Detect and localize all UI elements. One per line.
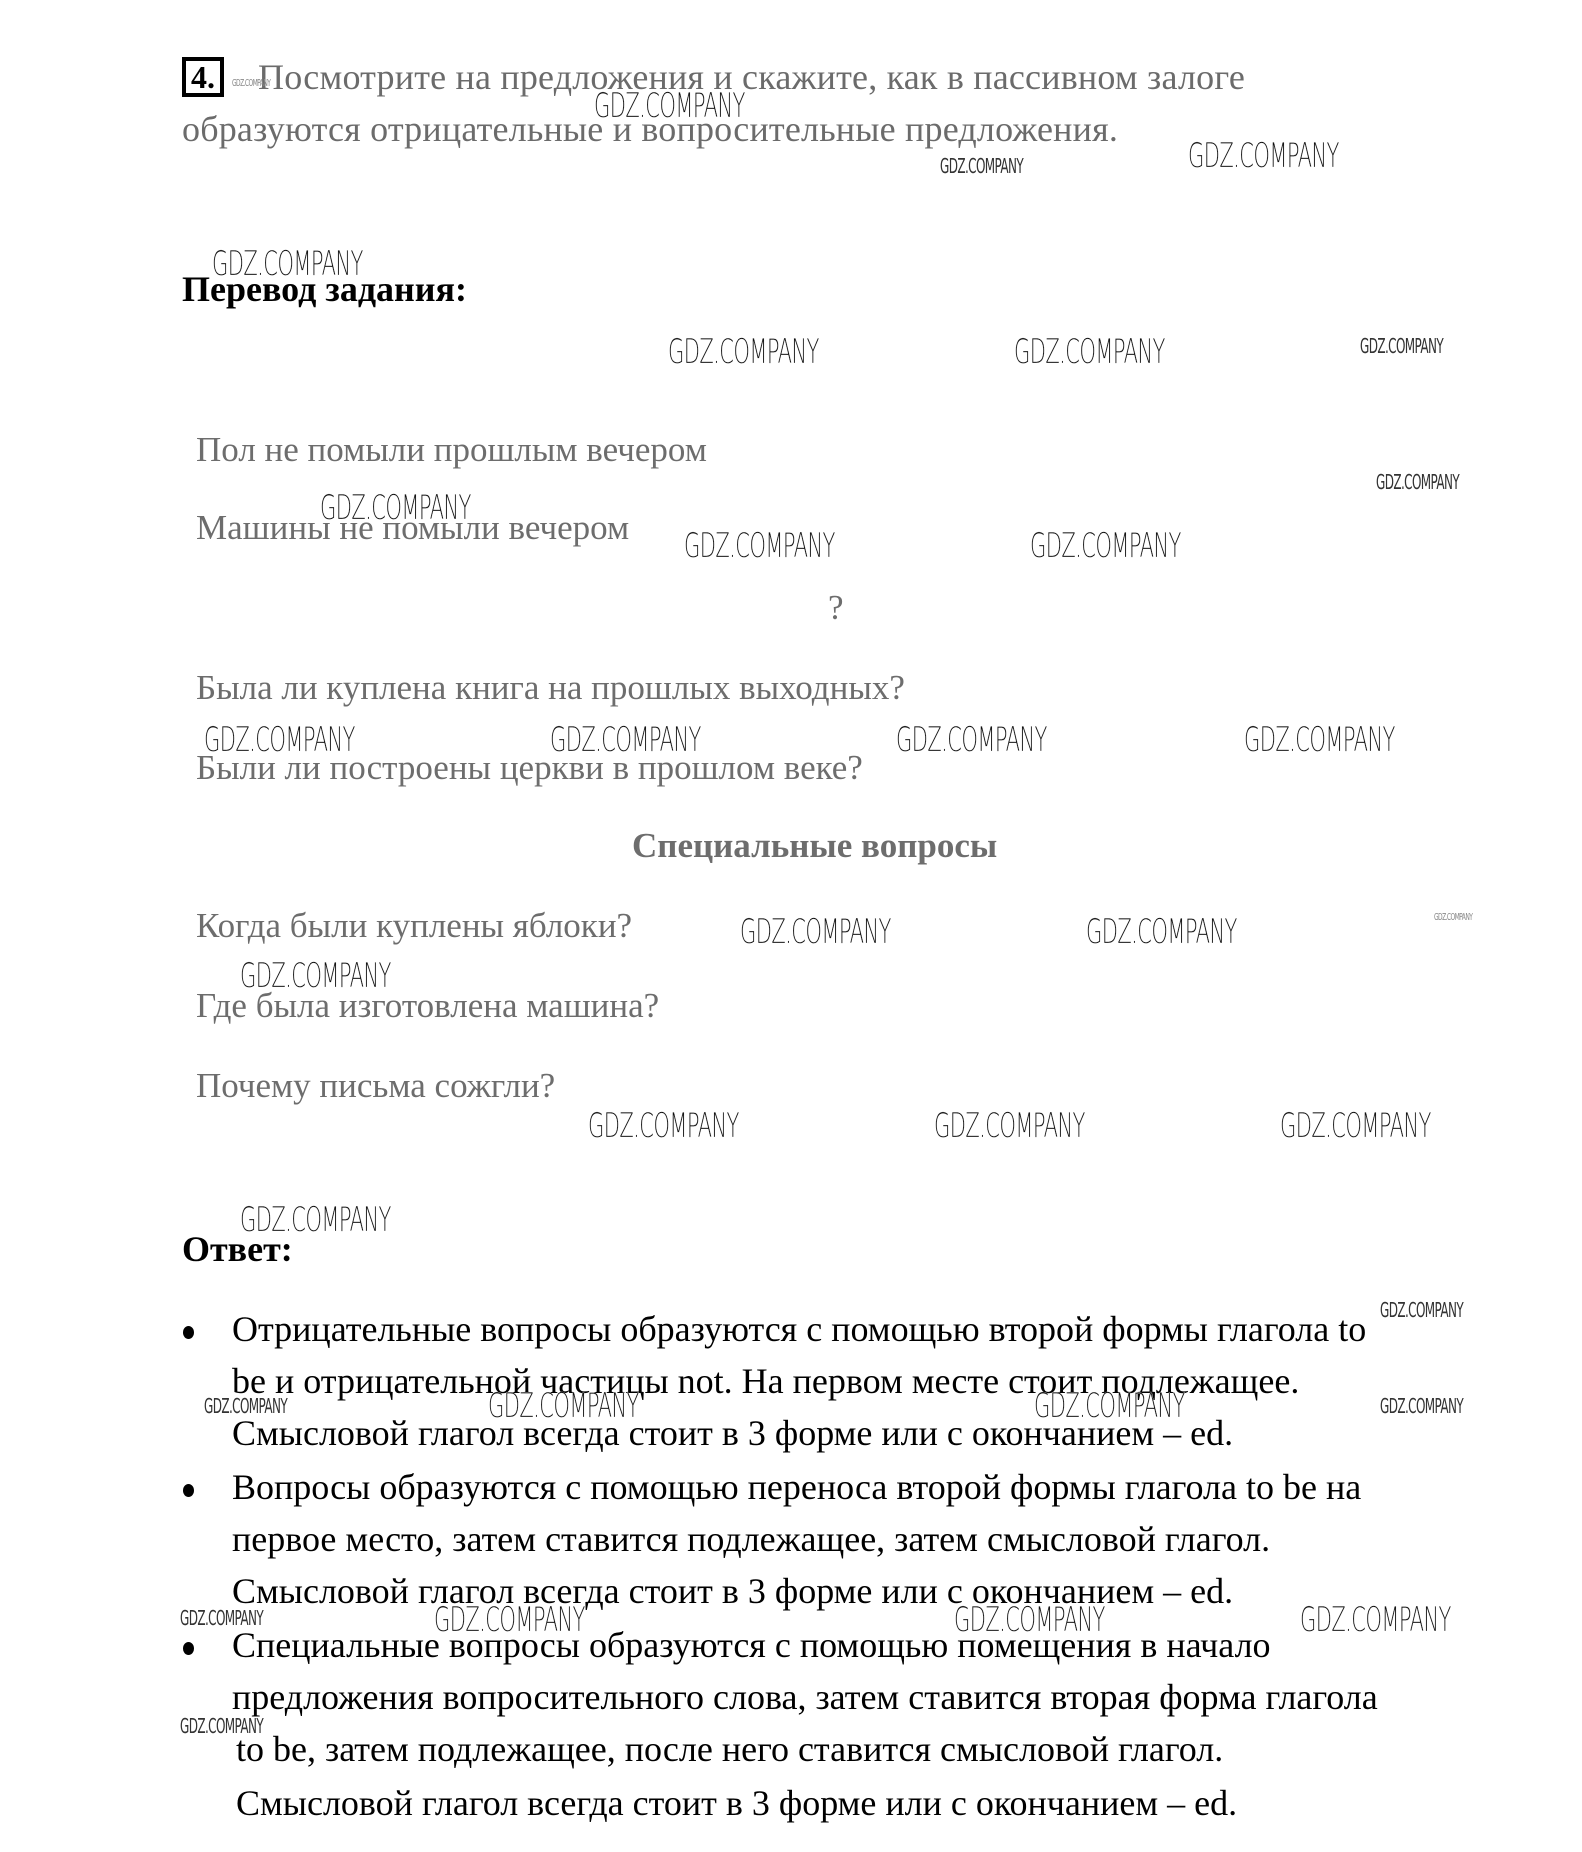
watermark: GDZ.COMPANY	[1360, 334, 1443, 358]
watermark: GDZ.COMPANY	[1188, 136, 1339, 176]
watermark: GDZ.COMPANY	[204, 1394, 287, 1418]
answer-3-line-4: Смысловой глагол всегда стоит в 3 форме …	[236, 1782, 1237, 1824]
exercise-instruction-line1: Посмотрите на предложения и скажите, как…	[258, 56, 1245, 98]
special-question-1: Когда были куплены яблоки?	[196, 906, 632, 946]
watermark: GDZ.COMPANY	[934, 1106, 1085, 1146]
watermark: GDZ.COMPANY	[204, 720, 355, 760]
watermark: GDZ.COMPANY	[434, 1600, 585, 1640]
watermark: GDZ.COMPANY	[684, 526, 835, 566]
bullet-icon	[183, 1326, 194, 1339]
watermark: GDZ.COMPANY	[1014, 332, 1165, 372]
watermark: GDZ.COMPANY	[954, 1600, 1105, 1640]
watermark: GDZ.COMPANY	[1380, 1394, 1463, 1418]
exercise-number: 4.	[182, 57, 224, 97]
special-questions-heading: Специальные вопросы	[632, 826, 997, 866]
answer-3-line-3: to be, затем подлежащее, после него став…	[236, 1728, 1223, 1770]
watermark: GDZ.COMPANY	[240, 1200, 391, 1240]
watermark: GDZ.COMPANY	[180, 1606, 263, 1630]
watermark: GDZ.COMPANY	[1244, 720, 1395, 760]
watermark: GDZ.COMPANY	[212, 244, 363, 284]
bullet-icon	[183, 1642, 194, 1655]
watermark: GDZ.COMPANY	[1434, 912, 1472, 923]
watermark: GDZ.COMPANY	[320, 488, 471, 528]
watermark: GDZ.COMPANY	[550, 720, 701, 760]
general-question-1: Была ли куплена книга на прошлых выходны…	[196, 668, 905, 708]
answer-2-line-1: Вопросы образуются с помощью переноса вт…	[232, 1466, 1361, 1508]
watermark: GDZ.COMPANY	[740, 912, 891, 952]
bullet-icon	[183, 1484, 194, 1497]
watermark: GDZ.COMPANY	[896, 720, 1047, 760]
watermark: GDZ.COMPANY	[1034, 1386, 1185, 1426]
watermark: GDZ.COMPANY	[1280, 1106, 1431, 1146]
watermark: GDZ.COMPANY	[1030, 526, 1181, 566]
answer-3-line-2: предложения вопросительного слова, затем…	[232, 1676, 1378, 1718]
watermark: GDZ.COMPANY	[488, 1386, 639, 1426]
watermark: GDZ.COMPANY	[1086, 912, 1237, 952]
negative-example-1: Пол не помыли прошлым вечером	[196, 430, 707, 470]
watermark: GDZ.COMPANY	[668, 332, 819, 372]
watermark: GDZ.COMPANY	[588, 1106, 739, 1146]
watermark: GDZ.COMPANY	[594, 86, 745, 126]
watermark: GDZ.COMPANY	[232, 78, 270, 89]
watermark: GDZ.COMPANY	[1300, 1600, 1451, 1640]
watermark: GDZ.COMPANY	[240, 956, 391, 996]
answer-3-line-1: Специальные вопросы образуются с помощью…	[232, 1624, 1271, 1666]
watermark: GDZ.COMPANY	[1376, 470, 1459, 494]
watermark: GDZ.COMPANY	[1380, 1298, 1463, 1322]
question-mark: ?	[828, 588, 844, 628]
answer-2-line-2: первое место, затем ставится подлежащее,…	[232, 1518, 1270, 1560]
answer-1-line-1: Отрицательные вопросы образуются с помощ…	[232, 1308, 1366, 1350]
watermark: GDZ.COMPANY	[180, 1714, 263, 1738]
special-question-3: Почему письма сожгли?	[196, 1066, 555, 1106]
watermark: GDZ.COMPANY	[940, 154, 1023, 178]
